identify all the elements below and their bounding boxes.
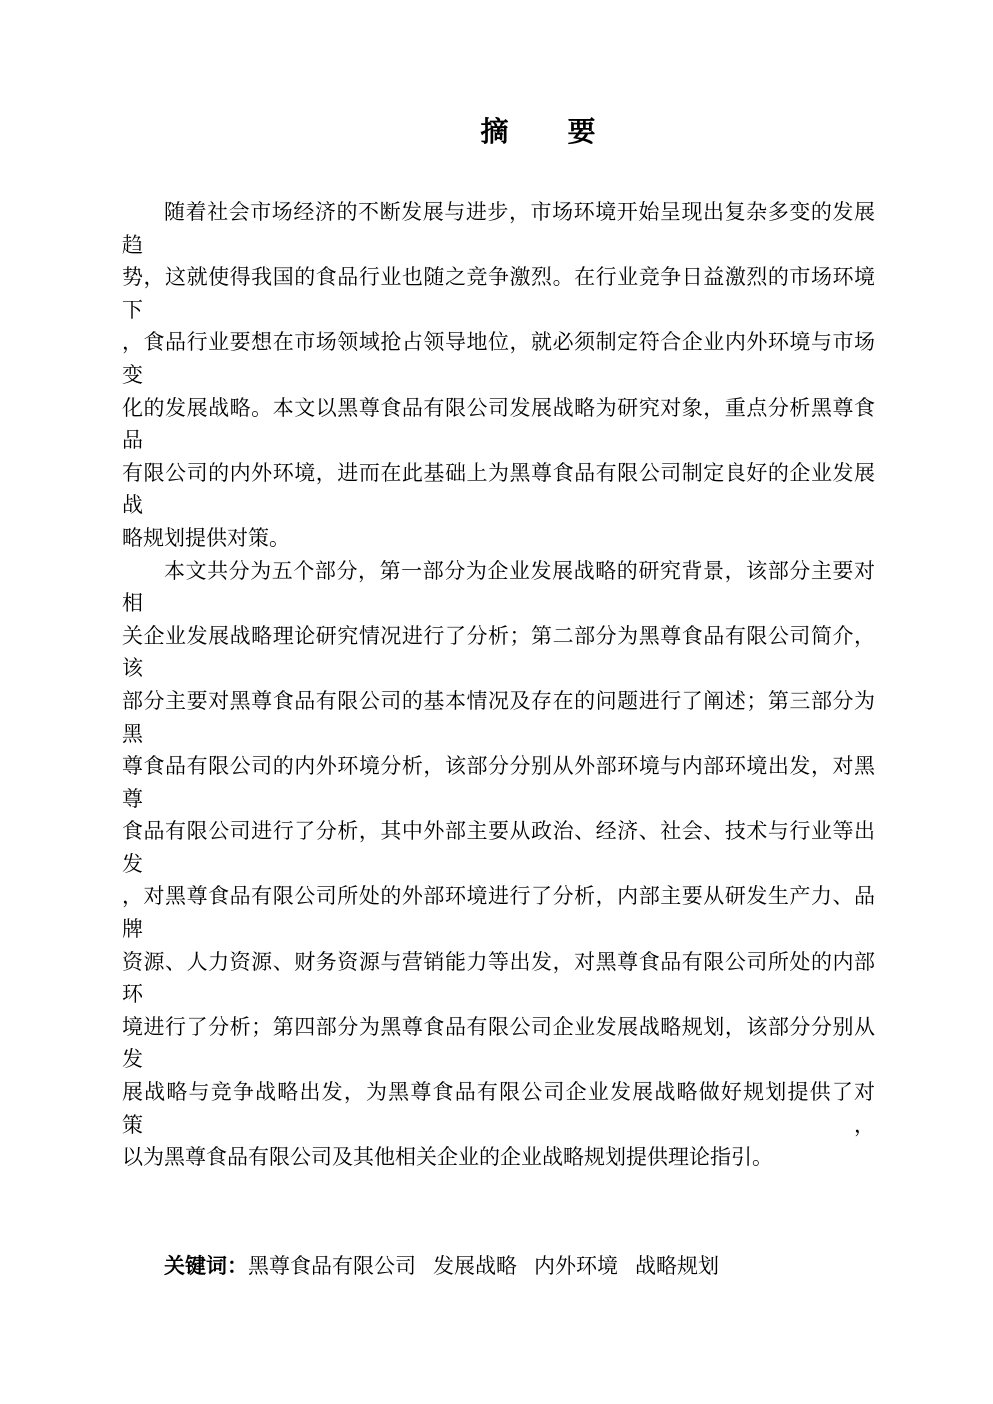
keywords-label: 关键词：	[164, 1254, 248, 1278]
text-line: 境进行了分析；第四部分为黑尊食品有限公司企业发展战略规划，该部分分别从发	[122, 1011, 875, 1076]
text-line: 以为黑尊食品有限公司及其他相关企业的企业战略规划提供理论指引。	[122, 1141, 875, 1174]
keyword-item: 战略规划	[635, 1254, 719, 1278]
text-line: 部分主要对黑尊食品有限公司的基本情况及存在的问题进行了阐述；第三部分为黑	[122, 685, 875, 750]
keyword-item: 黑尊食品有限公司	[248, 1254, 416, 1278]
text-line: 随着社会市场经济的不断发展与进步，市场环境开始呈现出复杂多变的发展趋	[122, 196, 875, 261]
abstract-paragraphs: 随着社会市场经济的不断发展与进步，市场环境开始呈现出复杂多变的发展趋势，这就使得…	[122, 196, 875, 1174]
keyword-item: 内外环境	[534, 1254, 618, 1278]
text-line: 展战略与竞争战略出发，为黑尊食品有限公司企业发展战略做好规划提供了对策，	[122, 1076, 875, 1141]
text-line: ，食品行业要想在市场领域抢占领导地位，就必须制定符合企业内外环境与市场变	[122, 326, 875, 391]
abstract-page: 摘 要 随着社会市场经济的不断发展与进步，市场环境开始呈现出复杂多变的发展趋势，…	[0, 0, 993, 1404]
paragraph: 随着社会市场经济的不断发展与进步，市场环境开始呈现出复杂多变的发展趋势，这就使得…	[122, 196, 875, 555]
page-title: 摘 要	[0, 0, 993, 150]
keywords-line: 关键词：黑尊食品有限公司发展战略内外环境战略规划	[122, 1250, 917, 1282]
text-line: 资源、人力资源、财务资源与营销能力等出发，对黑尊食品有限公司所处的内部环	[122, 946, 875, 1011]
keyword-item: 发展战略	[433, 1254, 517, 1278]
text-line: 略规划提供对策。	[122, 522, 875, 555]
text-line: 有限公司的内外环境，进而在此基础上为黑尊食品有限公司制定良好的企业发展战	[122, 457, 875, 522]
paragraph: 本文共分为五个部分，第一部分为企业发展战略的研究背景，该部分主要对相关企业发展战…	[122, 555, 875, 1174]
text-line: 本文共分为五个部分，第一部分为企业发展战略的研究背景，该部分主要对相	[122, 555, 875, 620]
text-line: 关企业发展战略理论研究情况进行了分析；第二部分为黑尊食品有限公司简介，该	[122, 620, 875, 685]
text-line: 化的发展战略。本文以黑尊食品有限公司发展战略为研究对象，重点分析黑尊食品	[122, 392, 875, 457]
text-line: ，对黑尊食品有限公司所处的外部环境进行了分析，内部主要从研发生产力、品牌	[122, 880, 875, 945]
keywords-list: 黑尊食品有限公司发展战略内外环境战略规划	[248, 1254, 719, 1278]
text-line: 势，这就使得我国的食品行业也随之竞争激烈。在行业竞争日益激烈的市场环境下	[122, 261, 875, 326]
text-line: 食品有限公司进行了分析，其中外部主要从政治、经济、社会、技术与行业等出发	[122, 815, 875, 880]
text-line: 尊食品有限公司的内外环境分析，该部分分别从外部环境与内部环境出发，对黑尊	[122, 750, 875, 815]
